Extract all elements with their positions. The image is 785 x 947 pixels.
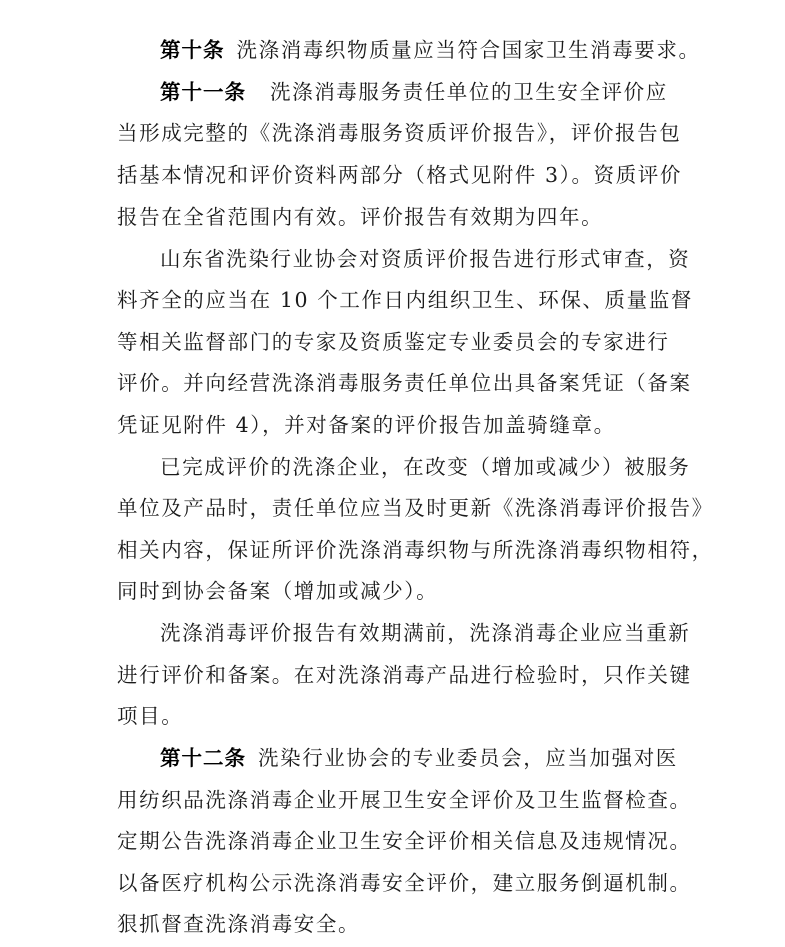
line-text: 已完成评价的洗涤企业，在改变（增加或减少）被服务 — [160, 455, 690, 479]
line-text: 洗涤消毒评价报告有效期满前，洗涤消毒企业应当重新 — [160, 621, 690, 645]
line-text: 评价。并向经营洗涤消毒服务责任单位出具备案凭证（备案 — [117, 371, 692, 395]
article-11-line-2: 当形成完整的《洗涤消毒服务资质评价报告》，评价报告包 — [117, 118, 681, 148]
article-12-line-3: 定期公告洗涤消毒企业卫生安全评价相关信息及违规情况。 — [117, 826, 692, 856]
line-text: 报告在全省范围内有效。评价报告有效期为四年。 — [117, 205, 603, 229]
article-12-line-5: 狠抓督查洗涤消毒安全。 — [117, 909, 360, 939]
line-text: 用纺织品洗涤消毒企业开展卫生安全评价及卫生监督检查。 — [117, 788, 692, 812]
line-text: 洗染行业协会的专业委员会，应当加强对医 — [258, 746, 678, 770]
line-text: 当形成完整的《洗涤消毒服务资质评价报告》，评价报告包 — [117, 121, 681, 145]
article-12-line-1: 第十二条洗染行业协会的专业委员会，应当加强对医 — [160, 743, 678, 773]
line-text: 定期公告洗涤消毒企业卫生安全评价相关信息及违规情况。 — [117, 829, 692, 853]
line-text: 项目。 — [117, 704, 183, 728]
line-text: 进行评价和备案。在对洗涤消毒产品进行检验时，只作关键 — [117, 663, 692, 687]
line-text: 单位及产品时，责任单位应当及时更新《洗涤消毒评价报告》 — [117, 496, 714, 520]
line-text: 洗涤消毒织物质量应当符合国家卫生消毒要求。 — [237, 38, 701, 62]
article-11-line-4: 报告在全省范围内有效。评价报告有效期为四年。 — [117, 202, 603, 232]
line-text: 括基本情况和评价资料两部分（格式见附件 3）。资质评价 — [117, 163, 682, 187]
paragraph-renewal-line-2: 进行评价和备案。在对洗涤消毒产品进行检验时，只作关键 — [117, 660, 692, 690]
line-text: 山东省洗染行业协会对资质评价报告进行形式审查，资 — [160, 247, 690, 271]
paragraph-update-line-2: 单位及产品时，责任单位应当及时更新《洗涤消毒评价报告》 — [117, 493, 714, 523]
line-text: 等相关监督部门的专家及资质鉴定专业委员会的专家进行 — [117, 330, 670, 354]
paragraph-update-line-1: 已完成评价的洗涤企业，在改变（增加或减少）被服务 — [160, 452, 690, 482]
line-text: 以备医疗机构公示洗涤消毒安全评价，建立服务倒逼机制。 — [117, 871, 692, 895]
line-text: 狠抓督查洗涤消毒安全。 — [117, 912, 360, 936]
paragraph-renewal-line-1: 洗涤消毒评价报告有效期满前，洗涤消毒企业应当重新 — [160, 618, 690, 648]
line-text: 凭证见附件 4），并对备案的评价报告加盖骑缝章。 — [117, 413, 616, 437]
article-heading: 第十条 — [160, 38, 225, 62]
article-12-line-4: 以备医疗机构公示洗涤消毒安全评价，建立服务倒逼机制。 — [117, 868, 692, 898]
document-page: 第十条洗涤消毒织物质量应当符合国家卫生消毒要求。 第十一条洗涤消毒服务责任单位的… — [0, 0, 785, 947]
line-text: 同时到协会备案（增加或减少）。 — [117, 579, 438, 603]
article-11-line-1: 第十一条洗涤消毒服务责任单位的卫生安全评价应 — [160, 77, 668, 107]
line-text: 料齐全的应当在 10 个工作日内组织卫生、环保、质量监督 — [117, 288, 693, 312]
line-text: 洗涤消毒服务责任单位的卫生安全评价应 — [270, 80, 668, 104]
paragraph-renewal-line-3: 项目。 — [117, 701, 183, 731]
article-heading: 第十一条 — [160, 80, 246, 104]
paragraph-review-line-4: 评价。并向经营洗涤消毒服务责任单位出具备案凭证（备案 — [117, 368, 692, 398]
paragraph-update-line-3: 相关内容，保证所评价洗涤消毒织物与所洗涤消毒织物相符， — [117, 535, 714, 565]
paragraph-review-line-1: 山东省洗染行业协会对资质评价报告进行形式审查，资 — [160, 244, 690, 274]
paragraph-review-line-5: 凭证见附件 4），并对备案的评价报告加盖骑缝章。 — [117, 410, 616, 440]
article-10-line-1: 第十条洗涤消毒织物质量应当符合国家卫生消毒要求。 — [160, 35, 701, 65]
paragraph-review-line-3: 等相关监督部门的专家及资质鉴定专业委员会的专家进行 — [117, 327, 670, 357]
paragraph-update-line-4: 同时到协会备案（增加或减少）。 — [117, 576, 438, 606]
article-11-line-3: 括基本情况和评价资料两部分（格式见附件 3）。资质评价 — [117, 160, 682, 190]
article-12-line-2: 用纺织品洗涤消毒企业开展卫生安全评价及卫生监督检查。 — [117, 785, 692, 815]
article-heading: 第十二条 — [160, 746, 246, 770]
line-text: 相关内容，保证所评价洗涤消毒织物与所洗涤消毒织物相符， — [117, 538, 714, 562]
paragraph-review-line-2: 料齐全的应当在 10 个工作日内组织卫生、环保、质量监督 — [117, 285, 693, 315]
